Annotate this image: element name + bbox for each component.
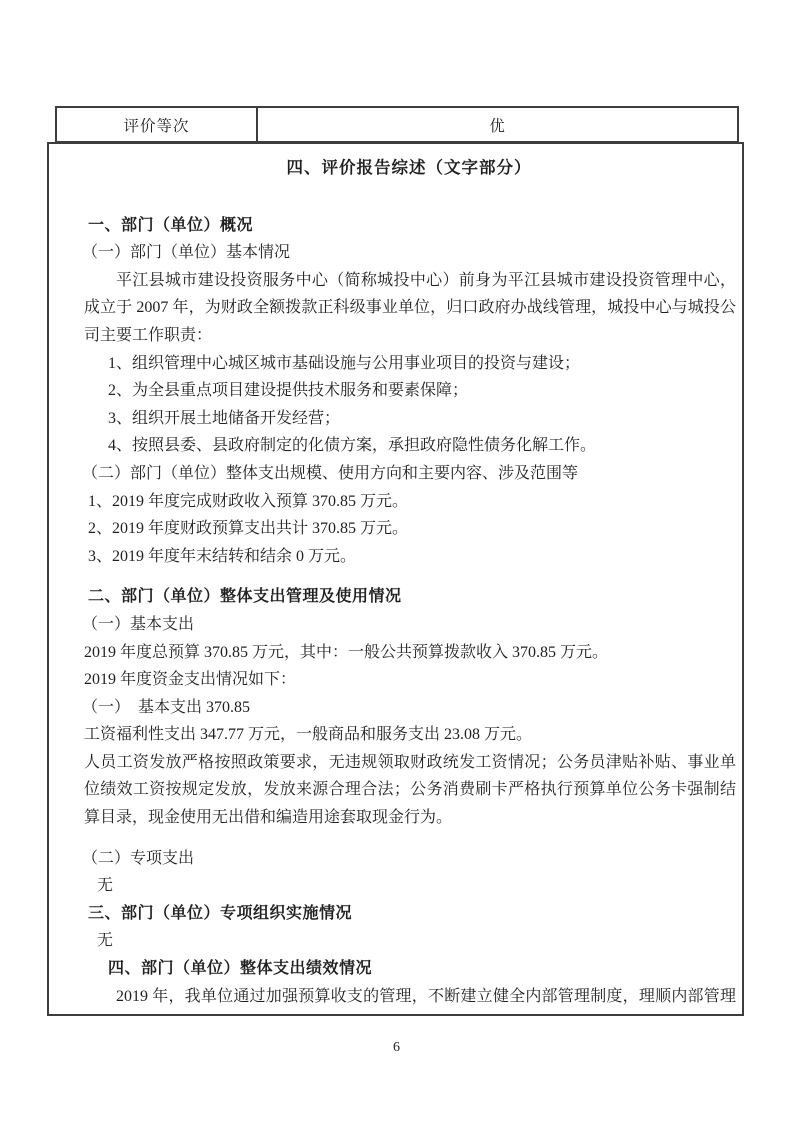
subsection-heading-1-1: （一）部门（单位）基本情况 bbox=[82, 239, 736, 267]
body-paragraph-performance: 2019 年，我单位通过加强预算收支的管理，不断建立健全内部管理制度，理顺内部管… bbox=[84, 983, 736, 1016]
spacer bbox=[82, 832, 736, 845]
section-heading-2: 二、部门（单位）整体支出管理及使用情况 bbox=[88, 583, 736, 611]
budget-list-item-3: 3、2019 年度年末结转和结余 0 万元。 bbox=[88, 543, 736, 571]
duty-list-item-1: 1、组织管理中心城区城市基础设施与公用事业项目的投资与建设； bbox=[108, 350, 736, 378]
budget-list-item-2: 2、2019 年度财政预算支出共计 370.85 万元。 bbox=[88, 515, 736, 543]
page-number: 6 bbox=[0, 1040, 793, 1056]
rating-table: 评价等次 优 bbox=[55, 106, 739, 143]
report-box: 四、评价报告综述（文字部分） 一、部门（单位）概况 （一）部门（单位）基本情况 … bbox=[47, 142, 744, 1016]
body-paragraph-spending: 2019 年度资金支出情况如下： bbox=[84, 666, 736, 694]
body-paragraph-budget: 2019 年度总预算 370.85 万元，其中：一般公共预算拨款收入 370.8… bbox=[84, 639, 736, 667]
subsection-heading-2-2: （二）专项支出 bbox=[82, 845, 736, 873]
rating-label-cell: 评价等次 bbox=[57, 108, 258, 141]
duty-list-item-2: 2、为全县重点项目建设提供技术服务和要素保障； bbox=[108, 377, 736, 405]
budget-list-item-1: 1、2019 年度完成财政收入预算 370.85 万元。 bbox=[88, 488, 736, 516]
subsection-heading-1-2: （二）部门（单位）整体支出规模、使用方向和主要内容、涉及范围等 bbox=[82, 460, 736, 488]
none-value-2: 无 bbox=[97, 927, 736, 955]
basic-expense-line: （一） 基本支出 370.85 bbox=[82, 694, 736, 722]
section-heading-1: 一、部门（单位）概况 bbox=[88, 212, 736, 240]
duty-list-item-3: 3、组织开展土地储备开发经营； bbox=[108, 405, 736, 433]
body-paragraph-overview: 平江县城市建设投资服务中心（简称城投中心）前身为平江县城市建设投资管理中心，成立… bbox=[84, 267, 736, 350]
section-heading-3: 三、部门（单位）专项组织实施情况 bbox=[88, 900, 736, 928]
none-value-1: 无 bbox=[97, 872, 736, 900]
section-heading-4: 四、部门（单位）整体支出绩效情况 bbox=[108, 955, 736, 983]
body-paragraph-salary: 工资福利性支出 347.77 万元，一般商品和服务支出 23.08 万元。 bbox=[84, 721, 736, 749]
body-paragraph-payroll: 人员工资发放严格按照政策要求，无违规领取财政统发工资情况；公务员津贴补贴、事业单… bbox=[84, 749, 736, 832]
rating-value-cell: 优 bbox=[258, 108, 737, 141]
spacer bbox=[82, 570, 736, 583]
duty-list-item-4: 4、按照县委、县政府制定的化债方案，承担政府隐性债务化解工作。 bbox=[108, 432, 736, 460]
report-title: 四、评价报告综述（文字部分） bbox=[82, 154, 736, 182]
subsection-heading-2-1: （一）基本支出 bbox=[82, 611, 736, 639]
